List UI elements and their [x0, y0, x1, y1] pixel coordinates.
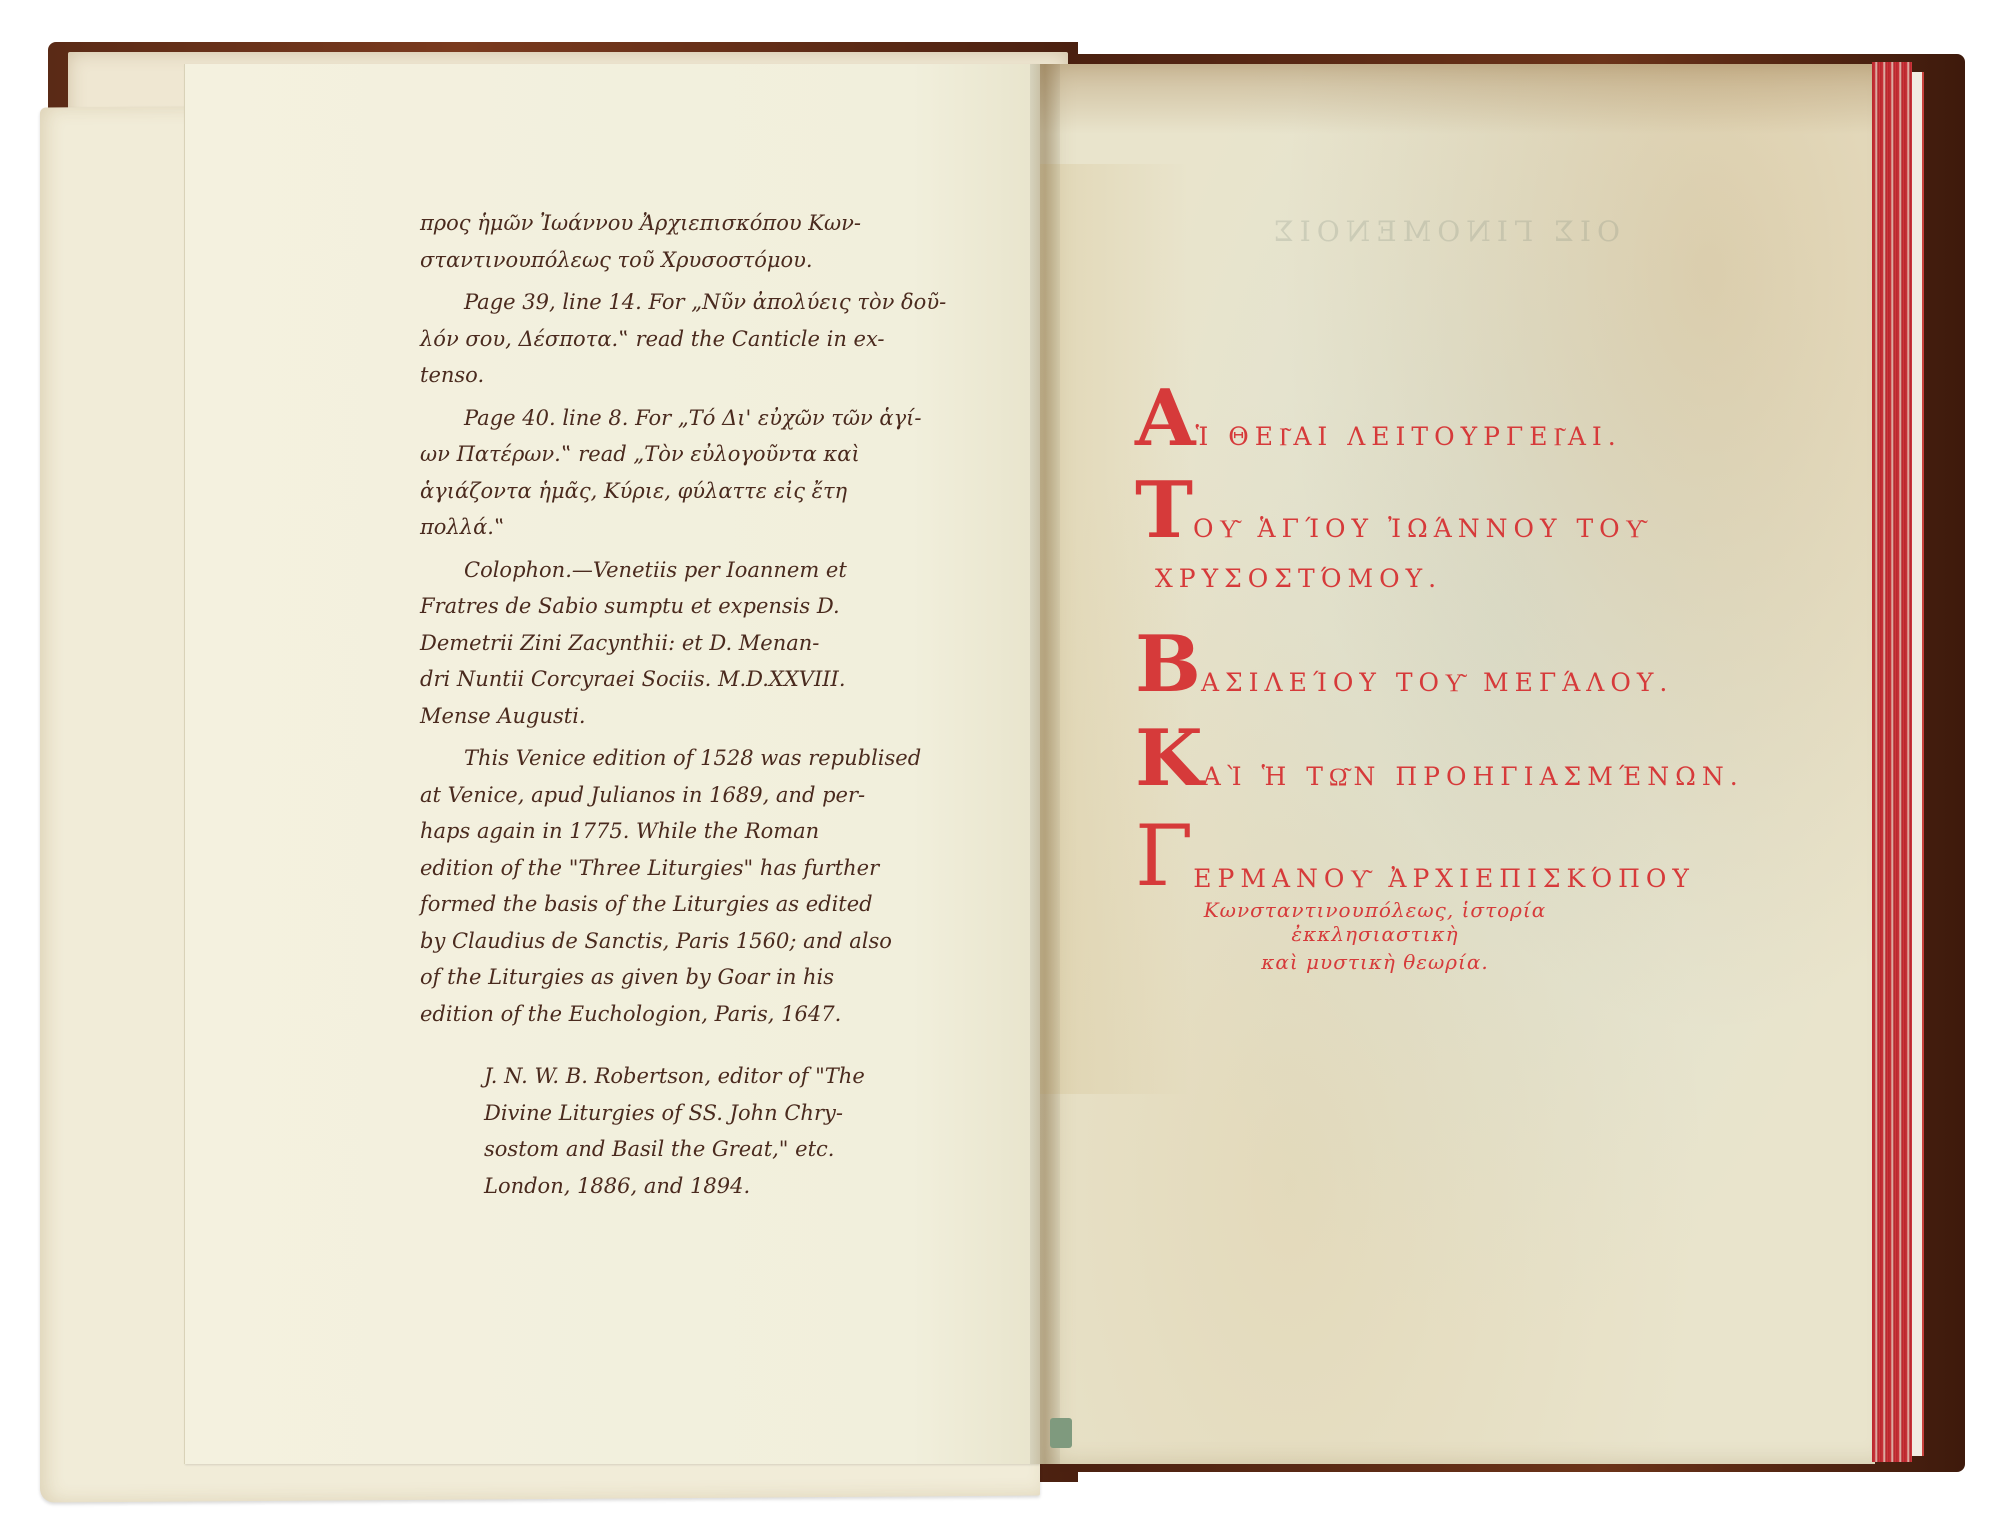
note-paragraph-page-39: Page 39, line 14. For „Νῦν ἀπολύεις τὸν …: [420, 284, 980, 394]
note-line: edition of the Euchologion, Paris, 1647.: [420, 996, 980, 1033]
note-line: ἁγιάζοντα ἡμᾶς, Κύριε, φύλαττε εἰς ἔτη: [420, 473, 980, 510]
title-line-presanctified: ΚΑῚ Ἡ ΤΩ͂Ν ΠΡΟΗΓΙΑΣΜΈΝΩΝ.: [1135, 720, 1695, 802]
title-text: ΟΥ͂ ἉΓΊΟΥ ἸΩΆΝΝΟΥ ΤΟΥ͂: [1193, 514, 1650, 550]
title-line-john: ΤΟΥ͂ ἉΓΊΟΥ ἸΩΆΝΝΟΥ ΤΟΥ͂: [1135, 472, 1695, 554]
open-book: ΟΙΣ ΓΙΝΟΜΕΝΟΙΣ προς ἡμῶν Ἰωάννου Ἀρχιεπι…: [0, 0, 2000, 1533]
note-line: Colophon.—Venetiis per Ioannem et: [420, 552, 980, 589]
title-line-chrysostom: ΧΡΥΣΟΣΤΌΜΟΥ.: [1135, 554, 1695, 620]
note-line: Mense Augusti.: [420, 698, 980, 735]
note-line: πολλά.‟: [420, 509, 980, 546]
note-line: edition of the "Three Liturgies" has fur…: [420, 850, 980, 887]
note-line: Fratres de Sabio sumptu et expensis D.: [420, 588, 980, 625]
foxing-stain: [1040, 64, 1875, 134]
subtitle-line: Κωνσταντινουπόλεως, ἱστορία ἐκκλησιαστικ…: [1135, 898, 1615, 946]
initial-tau: Τ: [1135, 472, 1193, 550]
initial-gamma: Γ: [1135, 814, 1193, 898]
note-line: Demetrii Zini Zacynthii: et D. Menan-: [420, 625, 980, 662]
spine-gutter: [1030, 64, 1060, 1464]
signature-line: sostom and Basil the Great," etc.: [484, 1131, 980, 1168]
initial-kappa: Κ: [1135, 720, 1203, 798]
signature-line: London, 1886, and 1894.: [484, 1168, 980, 1205]
note-paragraph-page-40: Page 40. line 8. For „Τό Δι' εὐχῶν τῶν ἁ…: [420, 400, 980, 546]
fore-edge-leaf: [1912, 72, 1924, 1456]
note-paragraph-colophon: Colophon.—Venetiis per Ioannem et Fratre…: [420, 552, 980, 735]
note-line: formed the basis of the Liturgies as edi…: [420, 886, 980, 923]
initial-alpha: Α: [1135, 380, 1196, 458]
printed-title-block: ΑἹ ΘΕΙ͂ΑΙ ΛΕΙΤΟΥΡΓΕΙ͂ΑΙ. ΤΟΥ͂ ἉΓΊΟΥ ἸΩΆΝ…: [1135, 380, 1695, 974]
title-line-germanus: ΓΕΡΜΑΝΟΥ͂ ἈΡΧΙΕΠΙΣΚΌΠΟΥ: [1135, 814, 1695, 896]
note-signature: J. N. W. B. Robertson, editor of "The Di…: [484, 1058, 980, 1204]
show-through-text: ΟΙΣ ΓΙΝΟΜΕΝΟΙΣ: [1200, 215, 1620, 248]
signature-line: Divine Liturgies of SS. John Chry-: [484, 1095, 980, 1132]
red-stained-fore-edge: [1872, 62, 1912, 1462]
initial-beta: Β: [1135, 626, 1201, 704]
note-line: haps again in 1775. While the Roman: [420, 813, 980, 850]
title-line-liturgies: ΑἹ ΘΕΙ͂ΑΙ ΛΕΙΤΟΥΡΓΕΙ͂ΑΙ.: [1135, 380, 1695, 462]
title-line-basil: ΒΑΣΙΛΕΊΟΥ ΤΟΥ͂ ΜΕΓΆΛΟΥ.: [1135, 626, 1695, 708]
note-line: by Claudius de Sanctis, Paris 1560; and …: [420, 923, 980, 960]
title-text: Ἱ ΘΕΙ͂ΑΙ ΛΕΙΤΟΥΡΓΕΙ͂ΑΙ.: [1196, 422, 1622, 458]
note-line: at Venice, apud Julianos in 1689, and pe…: [420, 777, 980, 814]
note-line: tenso.: [420, 357, 980, 394]
note-line: Page 40. line 8. For „Τό Δι' εὐχῶν τῶν ἁ…: [420, 400, 980, 437]
subtitle-line: καὶ μυστικὴ θεωρία.: [1135, 950, 1615, 974]
note-line: σταντινουπόλεως τοῦ Χρυσοστόμου.: [420, 242, 980, 279]
note-paragraph-editions: This Venice edition of 1528 was republis…: [420, 740, 980, 1032]
note-line: dri Nuntii Corcyraei Sociis. M.D.XXVIII.: [420, 661, 980, 698]
note-line: ων Πατέρων.‟ read „Τὸν εὐλογοῦντα καὶ: [420, 436, 980, 473]
handwritten-note: προς ἡμῶν Ἰωάννου Ἀρχιεπισκόπου Κων- στα…: [420, 205, 980, 1210]
note-line: of the Liturgies as given by Goar in his: [420, 959, 980, 996]
title-text: ΑῚ Ἡ ΤΩ͂Ν ΠΡΟΗΓΙΑΣΜΈΝΩΝ.: [1203, 762, 1744, 798]
note-paragraph-greek-heading: προς ἡμῶν Ἰωάννου Ἀρχιεπισκόπου Κων- στα…: [420, 205, 980, 278]
note-line: λόν σου, Δέσποτα.‟ read the Canticle in …: [420, 321, 980, 358]
note-line: προς ἡμῶν Ἰωάννου Ἀρχιεπισκόπου Κων-: [420, 205, 980, 242]
signature-line: J. N. W. B. Robertson, editor of "The: [484, 1058, 980, 1095]
title-text: ΑΣΙΛΕΊΟΥ ΤΟΥ͂ ΜΕΓΆΛΟΥ.: [1201, 668, 1673, 704]
note-line: This Venice edition of 1528 was republis…: [420, 740, 980, 777]
green-headband: [1050, 1418, 1072, 1448]
note-line: Page 39, line 14. For „Νῦν ἀπολύεις τὸν …: [420, 284, 980, 321]
title-text: ΕΡΜΑΝΟΥ͂ ἈΡΧΙΕΠΙΣΚΌΠΟΥ: [1193, 864, 1695, 898]
